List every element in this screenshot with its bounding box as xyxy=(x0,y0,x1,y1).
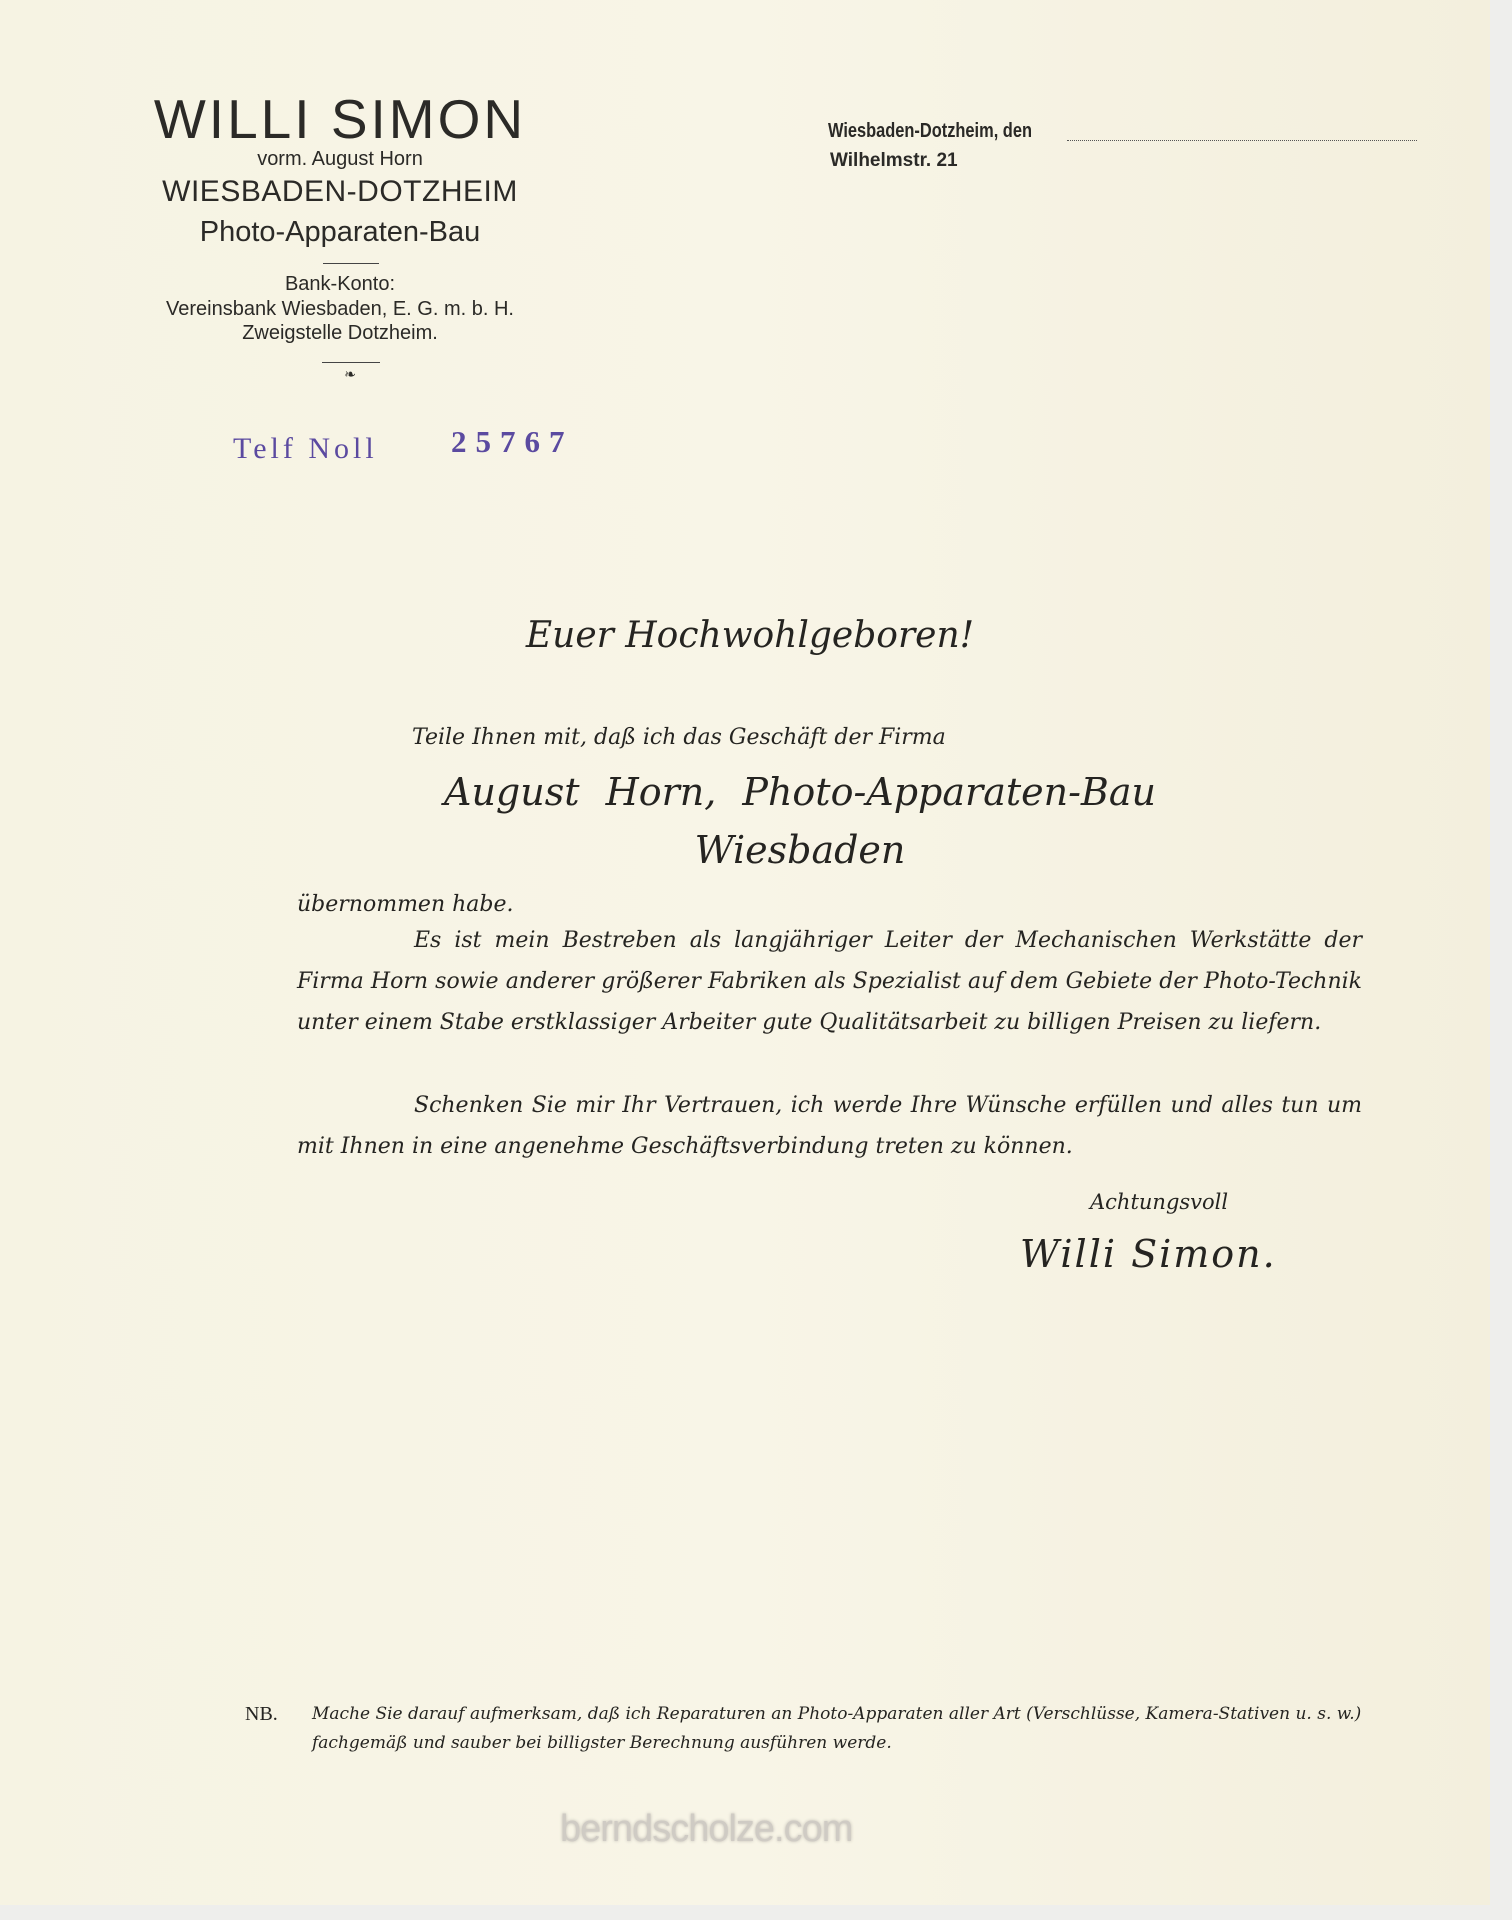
ornament-icon: ❧ xyxy=(320,366,380,383)
salutation: Euer Hochwohlgeboren! xyxy=(300,615,1200,656)
paragraph-1: übernommen habe. xyxy=(297,884,1362,925)
company-city: WIESBADEN-DOTZHEIM xyxy=(90,175,590,209)
intro-line: Teile Ihnen mit, daß ich das Geschäft de… xyxy=(412,725,946,750)
formerly-line: vorm. August Horn xyxy=(90,148,590,171)
signature: Willi Simon. xyxy=(1020,1232,1277,1276)
divider xyxy=(322,362,380,363)
date-dotted-line xyxy=(1067,140,1417,141)
footnote: NB. Mache Sie darauf aufmerksam, daß ich… xyxy=(245,1700,1365,1758)
firm-name: August Horn, Photo-Apparaten-Bau xyxy=(300,770,1300,814)
phone-stamp-number: 25767 xyxy=(451,424,574,460)
closing: Achtungsvoll xyxy=(1090,1190,1228,1214)
footnote-text: Mache Sie darauf aufmerksam, daß ich Rep… xyxy=(312,1700,1365,1758)
watermark: berndscholze.com xyxy=(560,1808,852,1851)
street-address: Wilhelmstr. 21 xyxy=(830,150,958,172)
date-place-line: Wiesbaden-Dotzheim, den xyxy=(828,120,1032,143)
firm-city: Wiesbaden xyxy=(300,828,1300,872)
company-trade: Photo-Apparaten-Bau xyxy=(90,216,590,249)
paragraph-2: Es ist mein Bestreben als langjähriger L… xyxy=(297,920,1362,1043)
bank-branch: Zweigstelle Dotzheim. xyxy=(90,322,590,345)
divider xyxy=(323,263,379,264)
letter-page: WILLI SIMON vorm. August Horn WIESBADEN-… xyxy=(0,0,1490,1905)
phone-stamp-label: Telf Noll xyxy=(233,432,378,466)
bank-name: Vereinsbank Wiesbaden, E. G. m. b. H. xyxy=(90,298,590,321)
paragraph-3: Schenken Sie mir Ihr Vertrauen, ich werd… xyxy=(297,1085,1362,1167)
footnote-label: NB. xyxy=(245,1700,278,1729)
bank-label: Bank-Konto: xyxy=(90,273,590,296)
company-name: WILLI SIMON xyxy=(90,88,590,150)
